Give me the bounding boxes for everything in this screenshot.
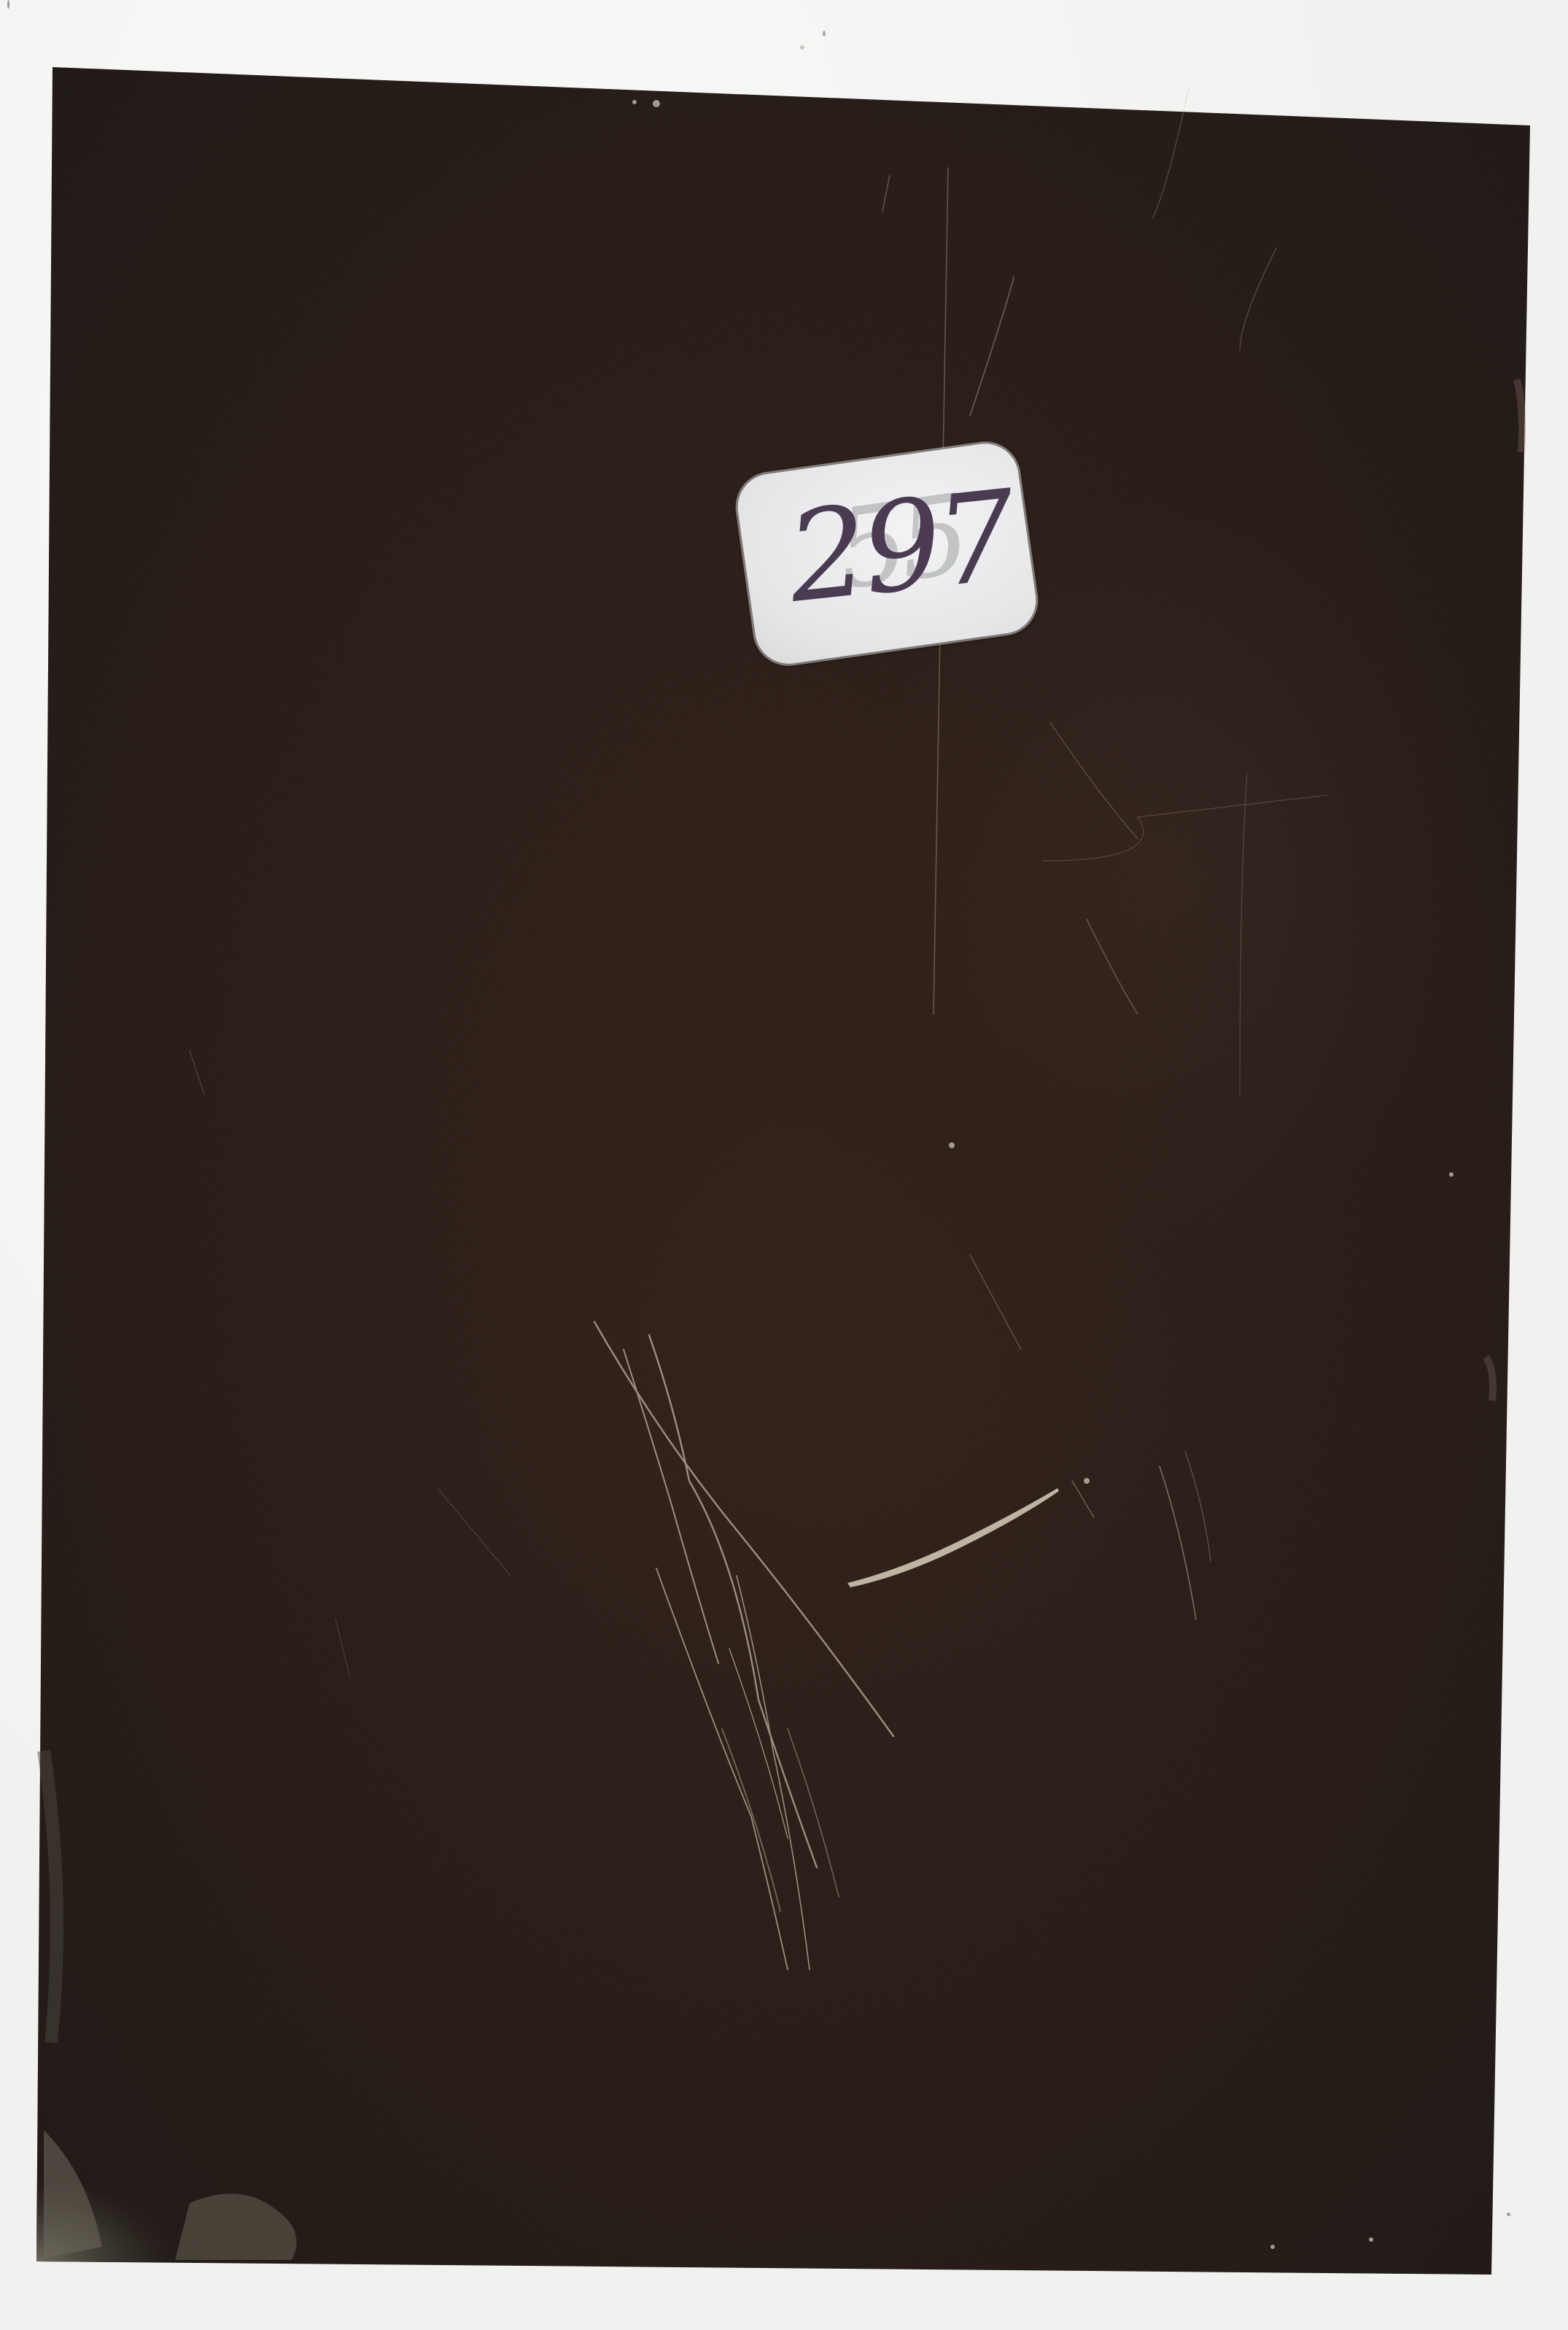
catalog-label: 55 297 [734, 439, 1041, 667]
tintype-plate [0, 0, 1568, 2330]
label-number: 297 [783, 474, 1018, 621]
plate-graphic [0, 0, 1568, 2330]
